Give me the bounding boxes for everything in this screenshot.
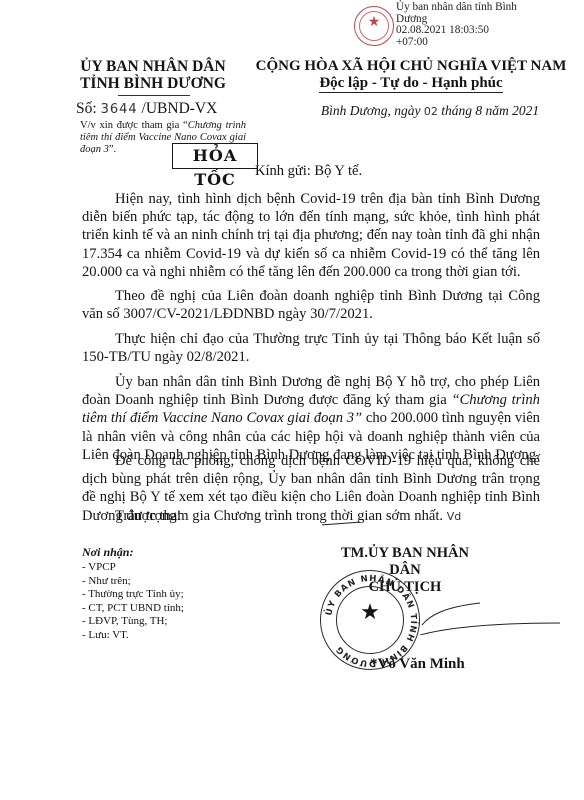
- closing-regards: Trân trọng!: [115, 508, 181, 525]
- national-emblem-icon: ★: [321, 601, 419, 623]
- digital-signature-info: Ủy ban nhân dân tỉnh Bình Dương 02.08.20…: [396, 2, 576, 48]
- cc-item: - Như trên;: [82, 575, 184, 589]
- sig-line: 02.08.2021 18:03:50: [396, 25, 576, 37]
- sig-line: Ủy ban nhân dân tỉnh Bình: [396, 2, 576, 14]
- subject-suffix: ”.: [109, 144, 116, 155]
- cc-title: Nơi nhận:: [82, 545, 133, 560]
- paragraph-proposal-reference: Theo đề nghị của Liên đoàn doanh nghiệp …: [82, 287, 540, 323]
- official-seal-icon: ỦY BAN NHÂN DÂN TỈNH BÌNH DƯƠNG ★: [320, 570, 420, 670]
- cc-item: - Thường trực Tỉnh ủy;: [82, 588, 184, 602]
- date-day-handwritten: 02: [424, 105, 438, 118]
- issuing-agency: ỦY BAN NHÂN DÂN TỈNH BÌNH DƯƠNG: [78, 58, 228, 92]
- signer-name: *Võ Văn Minh: [370, 656, 465, 673]
- digital-signature-seal-icon: ★: [354, 6, 394, 46]
- cc-item: - CT, PCT UBND tỉnh;: [82, 602, 184, 616]
- paragraph-situation: Hiện nay, tình hình dịch bệnh Covid-19 t…: [82, 190, 540, 281]
- cc-list: - VPCP - Như trên; - Thường trực Tỉnh ủy…: [82, 561, 184, 642]
- cc-item: - Lưu: VT.: [82, 629, 184, 643]
- national-title: CỘNG HÒA XÃ HỘI CHỦ NGHĨA VIỆT NAM: [246, 58, 576, 75]
- subject-prefix: V/v xin được tham gia “: [80, 120, 188, 131]
- date-prefix: Bình Dương, ngày: [321, 103, 421, 118]
- document-number: Số: 3644 /UBND-VX: [76, 100, 236, 118]
- sig-line: +07:00: [396, 37, 576, 49]
- agency-line-2: TỈNH BÌNH DƯƠNG: [78, 75, 228, 92]
- urgent-stamp: HỎA TỐC: [172, 143, 258, 169]
- handwritten-initial: Vd: [447, 510, 462, 523]
- recipient-line: Kính gửi: Bộ Y tế.: [255, 163, 362, 180]
- agency-underline: [118, 95, 190, 96]
- motto-text: Độc lập - Tự do - Hạnh phúc: [319, 75, 502, 93]
- handwritten-signature: [420, 595, 570, 635]
- date-line: Bình Dương, ngày 02 tháng 8 năm 2021: [280, 103, 580, 119]
- doc-number-prefix: Số:: [76, 100, 97, 117]
- cc-item: - VPCP: [82, 561, 184, 575]
- national-motto: Độc lập - Tự do - Hạnh phúc: [246, 75, 576, 92]
- agency-line-1: ỦY BAN NHÂN DÂN: [78, 58, 228, 75]
- paragraph-request: Ủy ban nhân dân tỉnh Bình Dương đề nghị …: [82, 373, 540, 464]
- doc-number-handwritten: 3644: [101, 102, 138, 117]
- paragraph-directive-reference: Thực hiện chỉ đạo của Thường trực Tỉnh ủ…: [82, 330, 540, 366]
- date-suffix: tháng 8 năm 2021: [441, 103, 539, 118]
- cc-item: - LĐVP, Tùng, TH;: [82, 615, 184, 629]
- doc-number-suffix: /UBND-VX: [142, 100, 218, 117]
